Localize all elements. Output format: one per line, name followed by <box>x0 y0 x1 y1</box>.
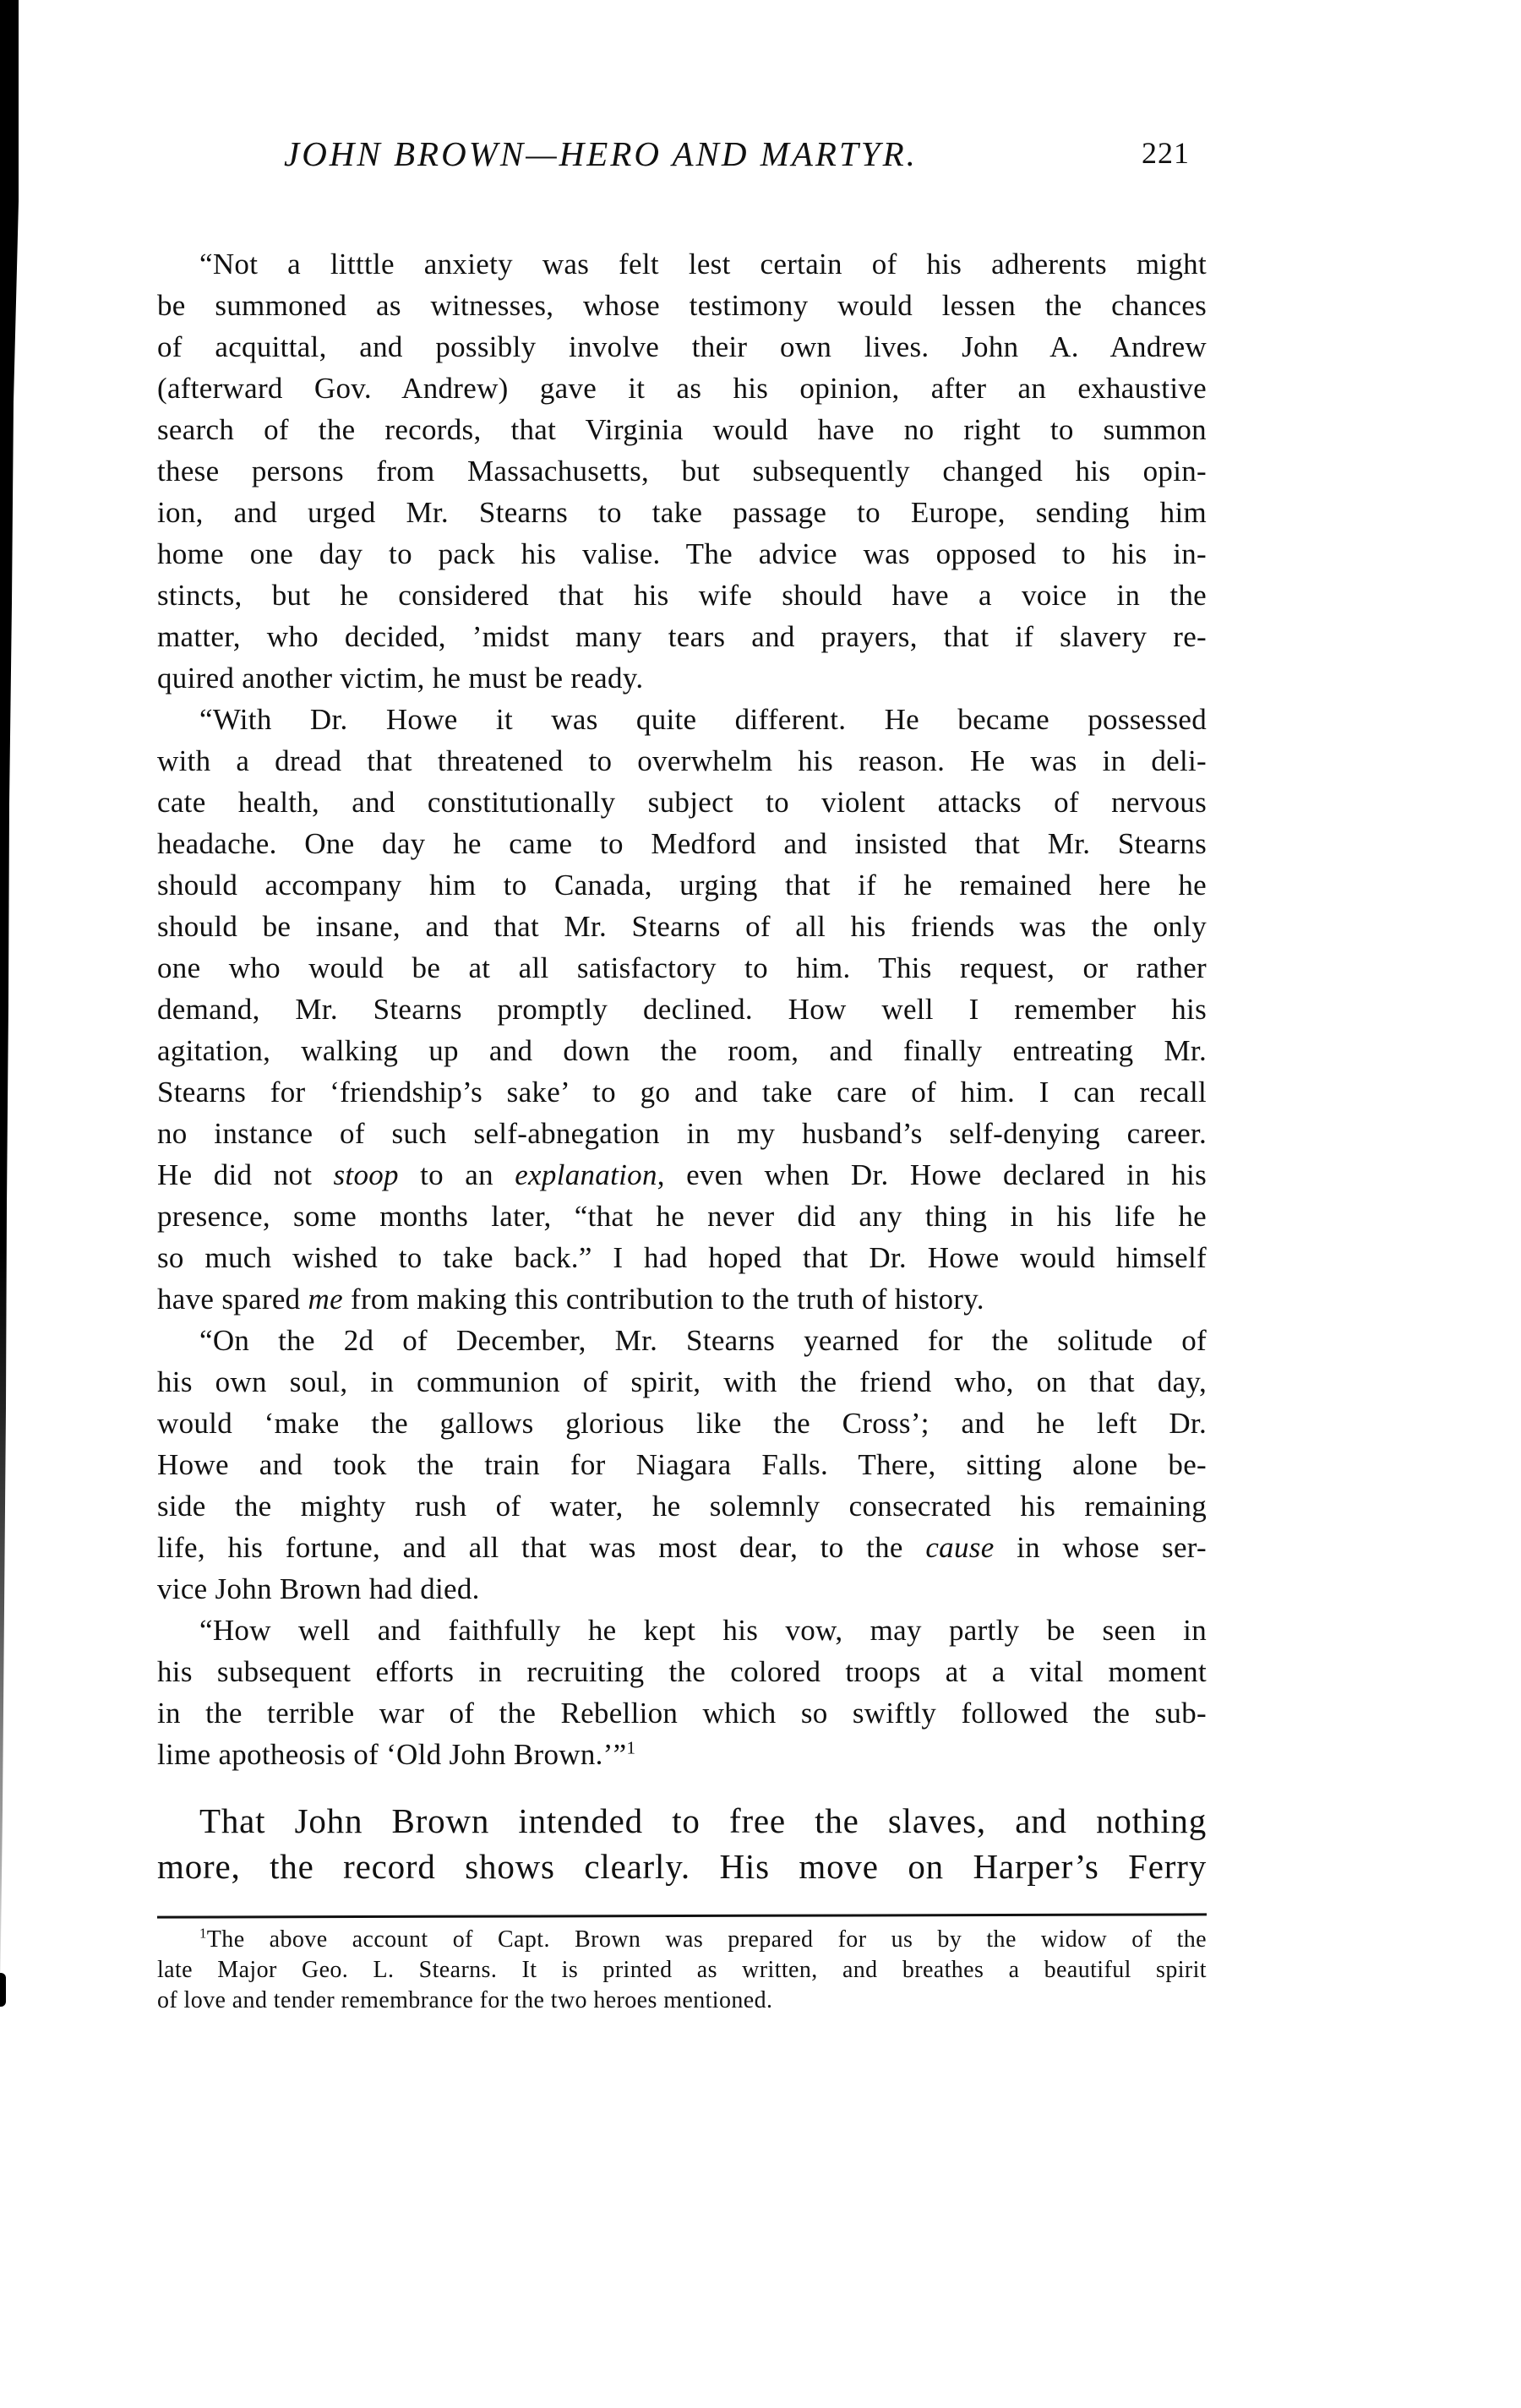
text-line: vice John Brown had died. <box>157 1568 1207 1610</box>
text-line: “With Dr. Howe it was quite different. H… <box>157 699 1207 740</box>
text-line: headache. One day he came to Medford and… <box>157 823 1207 864</box>
text-run: He did not <box>157 1158 334 1191</box>
text-line: no instance of such self-abnegation in m… <box>157 1113 1207 1154</box>
text-line: of acquittal, and possibly involve their… <box>157 326 1207 368</box>
text-line: so much wished to take back.” I had hope… <box>157 1237 1207 1278</box>
quoted-account: “Not a litttle anxiety was felt lest cer… <box>157 243 1207 1775</box>
text-line: demand, Mr. Stearns promptly declined. H… <box>157 989 1207 1030</box>
text-run: , even when Dr. Howe declared in his <box>657 1158 1207 1191</box>
text-line: in the terrible war of the Rebellion whi… <box>157 1692 1207 1734</box>
text-line: lime apotheosis of ‘Old John Brown.’”1 <box>157 1734 1207 1775</box>
text-line: search of the records, that Virginia wou… <box>157 409 1207 450</box>
text-line: should be insane, and that Mr. Stearns o… <box>157 906 1207 947</box>
text-run: to an <box>399 1158 515 1191</box>
text-run: The above account of Capt. Brown was pre… <box>207 1926 1207 1953</box>
text-line: side the mighty rush of water, he solemn… <box>157 1485 1207 1527</box>
paragraph-1: “Not a litttle anxiety was felt lest cer… <box>157 243 1207 699</box>
text-line: his own soul, in communion of spirit, wi… <box>157 1361 1207 1403</box>
page-binding-mark <box>0 1973 6 2007</box>
text-run: in whose ser- <box>995 1531 1207 1564</box>
page-binding-shadow <box>0 0 19 2011</box>
text-line: with a dread that threatened to overwhel… <box>157 740 1207 782</box>
text-line: He did not stoop to an explanation, even… <box>157 1154 1207 1196</box>
page-number: 221 <box>1142 135 1190 171</box>
text-line: Stearns for ‘friendship’s sake’ to go an… <box>157 1071 1207 1113</box>
text-line: cate health, and constitutionally subjec… <box>157 782 1207 823</box>
text-line: agitation, walking up and down the room,… <box>157 1030 1207 1071</box>
text-run: life, his fortune, and all that was most… <box>157 1531 925 1564</box>
text-line: have spared me from making this contribu… <box>157 1278 1207 1320</box>
running-title: JOHN BROWN—HERO AND MARTYR. <box>284 133 918 174</box>
main-text: That John Brown intended to free the sla… <box>157 1798 1207 1889</box>
running-head: JOHN BROWN—HERO AND MARTYR. 221 <box>157 133 1207 184</box>
text-line: (afterward Gov. Andrew) gave it as his o… <box>157 368 1207 409</box>
text-line: Howe and took the train for Niagara Fall… <box>157 1444 1207 1485</box>
text-line: these persons from Massachusetts, but su… <box>157 450 1207 492</box>
emphasis-stoop: stoop <box>334 1158 399 1191</box>
footnote-reference[interactable]: 1 <box>626 1737 635 1757</box>
text-line: “Not a litttle anxiety was felt lest cer… <box>157 243 1207 285</box>
text-line: “How well and faithfully he kept his vow… <box>157 1610 1207 1651</box>
text-run: from making this contribution to the tru… <box>343 1283 984 1316</box>
text-line: matter, who decided, ’midst many tears a… <box>157 616 1207 657</box>
footnote-marker: 1 <box>199 1926 207 1942</box>
text-line: home one day to pack his valise. The adv… <box>157 533 1207 575</box>
text-line: his subsequent efforts in recruiting the… <box>157 1651 1207 1692</box>
text-line: presence, some months later, “that he ne… <box>157 1196 1207 1237</box>
text-line: That John Brown intended to free the sla… <box>157 1798 1207 1844</box>
emphasis-me: me <box>308 1283 343 1316</box>
text-line: “On the 2d of December, Mr. Stearns year… <box>157 1320 1207 1361</box>
emphasis-cause: cause <box>925 1531 994 1564</box>
footnote: 1The above account of Capt. Brown was pr… <box>157 1925 1207 2016</box>
paragraph-2: “With Dr. Howe it was quite different. H… <box>157 699 1207 1320</box>
footnote-line: of love and tender remembrance for the t… <box>157 1986 1207 2016</box>
text-line: should accompany him to Canada, urging t… <box>157 864 1207 906</box>
text-line: ion, and urged Mr. Stearns to take passa… <box>157 492 1207 533</box>
text-line: be summoned as witnesses, whose testimon… <box>157 285 1207 326</box>
paragraph-3: “On the 2d of December, Mr. Stearns year… <box>157 1320 1207 1610</box>
text-line: quired another victim, he must be ready. <box>157 657 1207 699</box>
footnote-divider <box>157 1913 1207 1918</box>
text-run: have spared <box>157 1283 308 1316</box>
footnote-line: late Major Geo. L. Stearns. It is printe… <box>157 1955 1207 1986</box>
paragraph-4: “How well and faithfully he kept his vow… <box>157 1610 1207 1775</box>
text-line: more, the record shows clearly. His move… <box>157 1844 1207 1889</box>
text-line: would ‘make the gallows glorious like th… <box>157 1403 1207 1444</box>
text-line: stincts, but he considered that his wife… <box>157 575 1207 616</box>
text-line: life, his fortune, and all that was most… <box>157 1527 1207 1568</box>
text-run: lime apotheosis of ‘Old John Brown.’” <box>157 1738 626 1771</box>
text-line: one who would be at all satisfactory to … <box>157 947 1207 989</box>
footnote-line: 1The above account of Capt. Brown was pr… <box>157 1925 1207 1955</box>
emphasis-explanation: explanation <box>515 1158 657 1191</box>
